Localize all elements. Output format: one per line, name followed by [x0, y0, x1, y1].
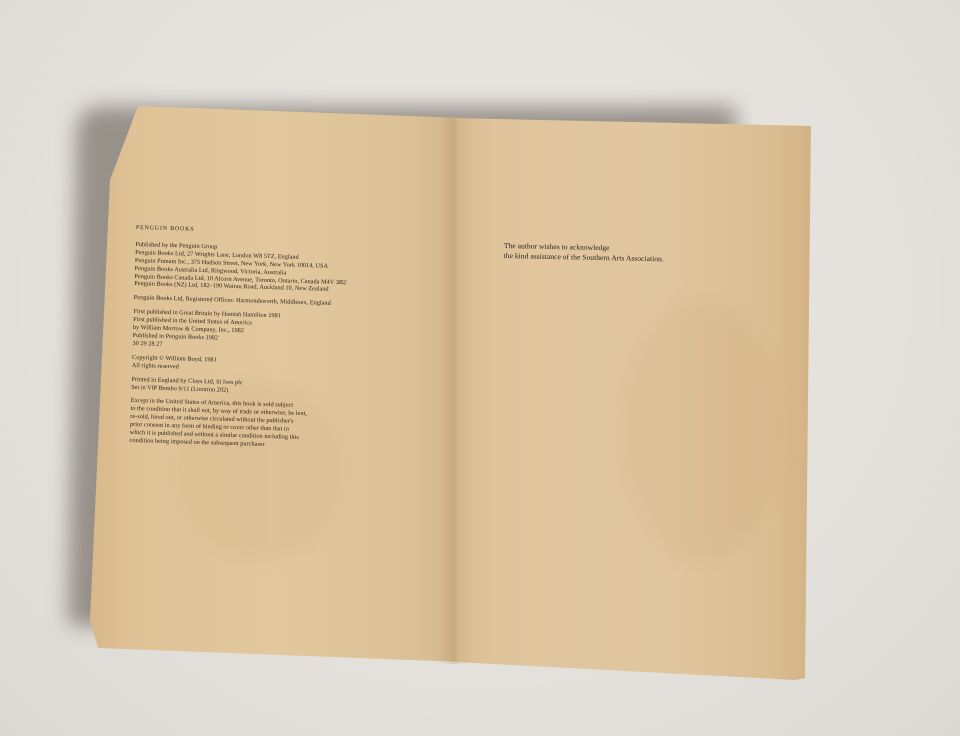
sale-conditions: Except in the United States of America, … — [129, 397, 342, 451]
acknowledgement-text: The author wishes to acknowledge the kin… — [504, 241, 665, 264]
book-gutter — [438, 118, 474, 664]
copyright-page-text: PENGUIN BOOKS Published by the Penguin G… — [129, 225, 347, 457]
open-book: PENGUIN BOOKS Published by the Penguin G… — [0, 0, 960, 736]
publisher-addresses: Published by the Penguin Group Penguin B… — [134, 241, 347, 295]
registered-offices: Penguin Books Ltd, Registered Offices: H… — [134, 294, 346, 308]
registered-offices-line: Penguin Books Ltd, Registered Offices: H… — [134, 294, 346, 308]
paper-stain — [620, 300, 780, 560]
printing-info: Printed in England by Clays Ltd, St Ives… — [131, 376, 343, 398]
copyright-notice: Copyright © William Boyd, 1981 All right… — [132, 354, 344, 376]
publication-history: First published in Great Britain by Hami… — [132, 308, 345, 354]
